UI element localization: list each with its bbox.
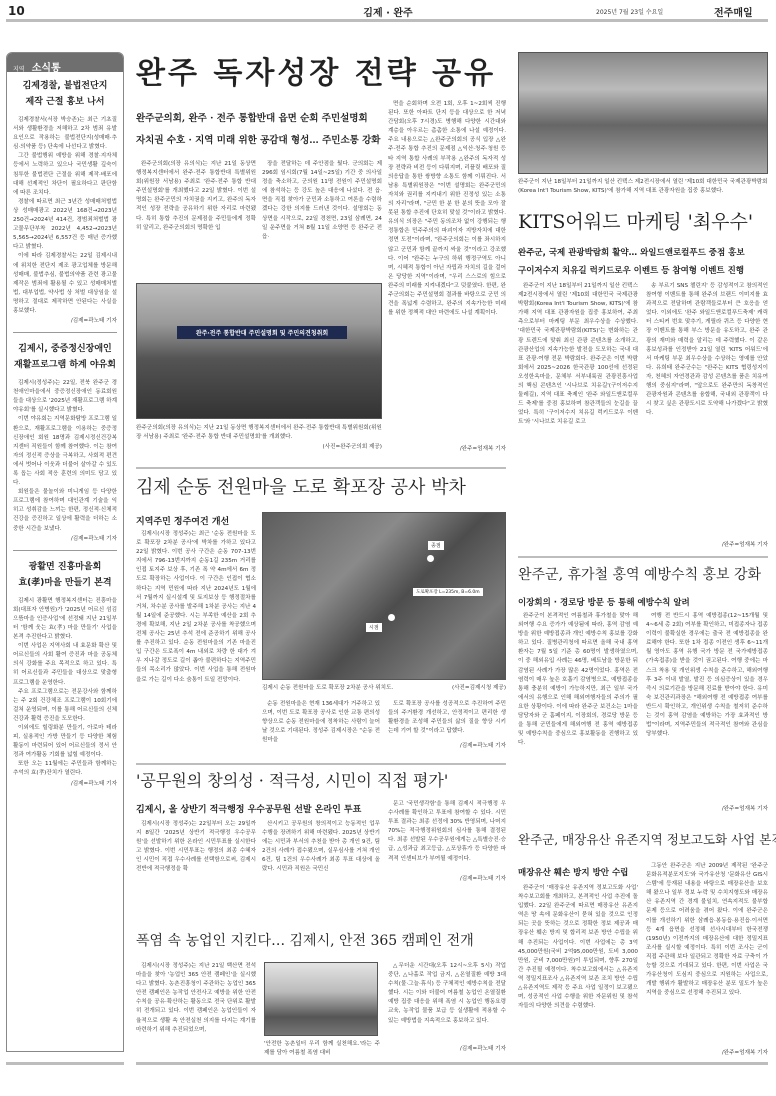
- vote-headline: '공무원의 창의성 · 적극성, 시민이 직접 평가': [136, 768, 448, 791]
- kits-photo: [518, 52, 768, 174]
- road-subhead: 지역주민 정주여건 개선: [136, 514, 229, 527]
- heat-col-1: 김제시(시장 정성주)는 지난 21일 백산면 전석마을을 찾아 '농업인 36…: [136, 962, 256, 1050]
- section-title: 김제 · 완주: [338, 4, 438, 19]
- paper-name: 전주매일: [714, 4, 753, 19]
- page-number: 10: [8, 4, 25, 18]
- sidebar-article-title: 김제시, 중증정신장애인: [13, 341, 117, 357]
- heritage-col-1: 완주군이 '매장유산 유존지역 정보고도화 사업' 착수보고회를 개최하고, 본…: [518, 884, 638, 1048]
- kits-headline: KITS어워드 마케팅 '최우수': [518, 207, 753, 234]
- paragraph: 또한 오는 11월에는 주민들과 함께하는 추억의 효(孝)잔치가 열린다.: [13, 760, 117, 778]
- map-point-start: [388, 614, 395, 621]
- map-point-end: [427, 555, 434, 562]
- paragraph: 이에 따라 김제경찰서는 22일 김제시내에 위치한 전단지 제조 광고업체를 …: [13, 252, 117, 316]
- lead-col-1: 완주군의회(의장 유의식)는 지난 21일 동상면 행정복지센터에서 완주·전주…: [136, 160, 256, 252]
- kits-subhead-2: 구이저수지 치유길 럭키드로우 이벤트 등 참여형 이벤트 진행: [518, 264, 744, 276]
- paragraph: 경찰에 따르면 최근 3년간 성매매처벌법 상 성매매광고 2022년 168건…: [13, 198, 117, 253]
- byline: /김제=곽노태 기자: [388, 741, 506, 749]
- lead-subhead-1: 완주군의회, 완주 · 전주 통합반대 읍면 순회 주민설명회: [136, 110, 368, 124]
- section-rule: [518, 556, 768, 558]
- lead-headline: 완주 독자성장 전략 공유: [136, 48, 506, 92]
- map-label-start: 시점: [366, 623, 382, 632]
- paragraph: 이번 사업은 지역사회 내 효문화 확산 및 어르신들의 사회 활여 증진과 마…: [13, 642, 117, 687]
- paragraph: 그간 불법행위 예방을 위해 경찰·지자체 등에서 노력하고 있으나 국민생활 …: [13, 152, 117, 197]
- sidebar-article-title: 제작 근절 홍보 나서: [13, 94, 117, 110]
- map-label-end: 종점: [428, 541, 444, 550]
- sidebar-article: 김제시, 중증정신장애인 재활프로그램 하계 야유회 김제시(정성주)는 22일…: [13, 341, 117, 542]
- photo-credit: (사진=완주군의회 제공): [300, 443, 382, 452]
- sidebar-article-title: 광활면 진흥마을회: [13, 559, 117, 575]
- photo-credit: (사진=김제시청 제공): [430, 684, 506, 693]
- paragraph: 이번 야유회는 지역문화탐방 프로그램 일환으로, 재활프로그램을 이용하는 중…: [13, 415, 117, 488]
- byline: /김제=곽노태 기자: [13, 316, 117, 324]
- kits-col-1: 완주군이 지난 18일부터 21일까지 일산 킨텍스 제2전시장에서 열린 '제…: [518, 282, 638, 550]
- road-headline: 김제 순동 전원마을 도로 확포장 공사 박차: [136, 473, 466, 499]
- sidebar-article-title: 효(孝)마을 만들기 본격: [13, 575, 117, 591]
- header-rule: [6, 19, 768, 22]
- heat-col-2: '안전한 농촌일터 우리 함께 실천해요.'라는 주제를 담아 여름철 폭염 대…: [264, 1040, 380, 1060]
- measles-col-2: 여행 전 반드시 홍역 예방접종(12~15개월 및 4~6세 총 2회) 여부…: [646, 612, 768, 804]
- heat-photo: [264, 962, 378, 1036]
- measles-col-1: 완주군이 본격적인 여름철과 휴가철을 맞아 해외여행 수요 증가가 예상됨에 …: [518, 612, 638, 812]
- sidebar-article: 김제경찰, 불법전단지 제작 근절 홍보 나서 김제경찰서(서장 박승존)는 최…: [13, 78, 117, 324]
- sidebar-article: 광활면 진흥마을회 효(孝)마을 만들기 본격 김제시 광활면 행정복지센터는 …: [13, 559, 117, 787]
- byline: /완주=엄재복 기자: [646, 804, 768, 812]
- byline: /김제=곽노태 기자: [388, 1044, 506, 1052]
- kits-photo-caption: 완주군이 지난 18일부터 21일까지 일산 킨텍스 제2전시장에서 열린 '제…: [518, 178, 768, 196]
- measles-subhead: 이장회의 · 경로당 방문 등 통해 예방수칙 알려: [518, 596, 690, 608]
- vote-col-1: 김제시(시장 정성주)는 22일부터 오는 29일까지 8일간 '2025년 상…: [136, 820, 256, 884]
- paragraph: 회원들은 물놀이와 미니게임 등 다양한 프로그램에 참여하며 대인관계 기술을…: [13, 488, 117, 533]
- byline: /김제=곽노태 기자: [13, 534, 117, 542]
- paragraph: 김제경찰서(서장 박승존)는 최근 기초질서와 생활환경을 저해하고 2차 범죄…: [13, 116, 117, 152]
- issue-date: 2025년 7월 23일 수요일: [596, 7, 663, 16]
- kits-col-2: 송 부르기 SNS 챌린지' 등 감성적이고 참의적인 참여형 이벤트를 통해 …: [646, 282, 768, 536]
- heritage-col-2: 그동안 완주군은 지난 2009년 제작된 '완주군 문화유적분포지도'와 국가…: [646, 862, 768, 1048]
- vote-subhead: 김제시, 올 상반기 적극행정 우수공무원 선발 온라인 투표: [136, 802, 361, 815]
- paragraph: 김제시 광활면 행정복지센터는 진흥마을회(대표자 안병원)가 '2025년 어…: [13, 597, 117, 642]
- sidebar-article-title: 재활프로그램 하계 야유회: [13, 357, 117, 373]
- road-col-3: 도로 확포장 공사를 성공적으로 추진하여 주민들의 주거환경 개선하고, 안정…: [388, 700, 506, 740]
- lead-photo-caption: 완주군의회(의장 유의식)는 지난 21일 동상면 행정복지센터에서 완주·전주…: [136, 424, 382, 442]
- byline: /완주=엄재복 기자: [388, 444, 506, 452]
- road-photo-caption: 김제시 순동 전원마을 도로 확포장 2차분 공사 위치도.: [262, 684, 393, 693]
- byline: /김제=곽노태 기자: [388, 874, 506, 882]
- section-rule: [136, 763, 506, 765]
- measles-headline: 완주군, 휴가철 홍역 예방수칙 홍보 강화: [518, 564, 761, 584]
- road-col-2: 순동 전원마을은 현재 136세대가 거주하고 있으며, 이번 도로 확포장 공…: [262, 700, 380, 750]
- sidebar: 지역 소식통 김제경찰, 불법전단지 제작 근절 홍보 나서 김제경찰서(서장 …: [6, 52, 124, 1052]
- byline: /완주=엄재복 기자: [646, 540, 768, 548]
- sidebar-label: 지역 소식통: [7, 53, 123, 72]
- photo-banner: 완주·전주 통합반대 주민설명회 및 주민의견청취회: [177, 326, 347, 339]
- footer-rule: [136, 1062, 768, 1065]
- sidebar-article-title: 김제경찰, 불법전단지: [13, 78, 117, 94]
- byline: /완주=엄재복 기자: [646, 1048, 768, 1056]
- kits-subhead-1: 완주군, 국제 관광박람회 활약… 와일드앤로컬푸드 중점 홍보: [518, 246, 745, 258]
- paragraph: 주요 프로그램으로는 전문강사와 함께하는 주 2회 건강체조 프로그램이 10…: [13, 688, 117, 724]
- heritage-subhead: 매장유산 훼손 방지 방안 수립: [518, 866, 628, 878]
- lead-subhead-2: 자치권 수호 · 지역 미래 위한 공감대 형성… 주민소통 강화: [136, 132, 380, 146]
- page-header: 10 김제 · 완주 2025년 7월 23일 수요일 전주매일: [8, 4, 768, 20]
- sidebar-label-big: 소식통: [32, 63, 61, 74]
- road-map-photo: 종점 도로확포장 L=235m, B=6.0m 시점: [262, 512, 506, 680]
- road-col-1: 김제시(시장 정성주)는 최근 '순동 전원마을 도로 확포장 2차분 공사'에…: [136, 530, 256, 750]
- lead-photo: 완주·전주 통합반대 주민설명회 및 주민의견청취회: [136, 283, 382, 419]
- vote-col-3: 문고 '국민생각함'을 통해 김제시 적극행정 우수사례를 확인하고 투표에 참…: [388, 800, 506, 874]
- section-rule: [136, 467, 506, 469]
- lead-col-3: 면을 순회하며 오전 1회, 오후 1~2회씩 진행된다. 또한 아파트 단지 …: [388, 100, 506, 445]
- divider: [13, 550, 117, 551]
- heat-headline: 폭염 속 농업인 지킨다… 김제시, 안전 365 캠페인 전개: [136, 930, 474, 950]
- heat-col-3: △무더운 시간대(오후 12시~오후 5시) 작업 중단, △나홀로 작업 금지…: [388, 962, 506, 1042]
- map-label-road: 도로확포장 L=235m, B=6.0m: [413, 588, 483, 596]
- byline: /김제=곽노태 기자: [13, 779, 117, 787]
- paragraph: 김제시(정성주)는 22일, 전북 완주군 경천애인마을에서 중증정신장애인 동…: [13, 379, 117, 415]
- lead-col-2: 장을 전달하는 데 주안점을 뒀다. 군의회는 제296회 임시회(7월 14일…: [262, 160, 382, 252]
- heritage-headline: 완주군, 매장유산 유존지역 정보고도화 사업 본격: [518, 830, 776, 848]
- paragraph: 이외에도 힐링화분 만들기, 아로마 테라피, 실용적인 가방 만들기 등 다양…: [13, 724, 117, 760]
- divider: [13, 332, 117, 333]
- vote-col-2: 산시키고 공무원의 창의적이고 능동적인 업무수행을 장려하기 위해 마련됐다.…: [262, 820, 380, 884]
- footer-rule-left: [6, 1062, 124, 1065]
- sidebar-label-small: 지역: [13, 66, 25, 73]
